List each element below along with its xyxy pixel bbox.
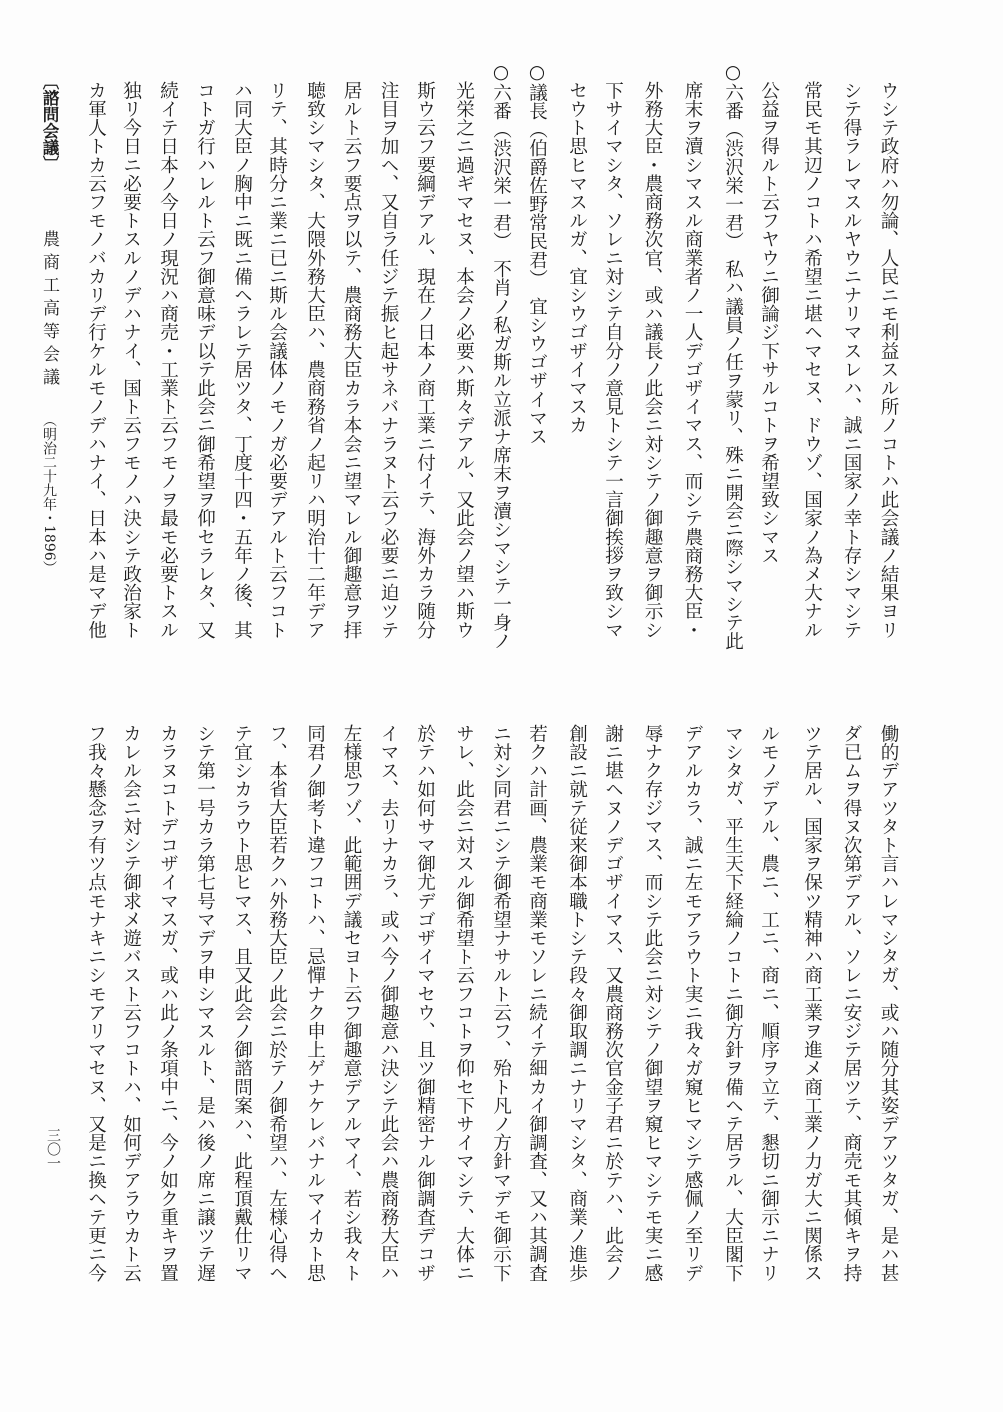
text-column: 於テハ如何サマ御尤デゴザイマセウ、且ツ御精密ナル御調査デコザ (407, 724, 444, 1282)
text-column: 注目ヲ加ヘ、又自ラ任ジテ振ヒ起サネバナラヌト云フ必要ニ迫ツテ (370, 81, 407, 639)
running-header-title: 農商工高等会議 (39, 230, 59, 391)
text-column: シテ得ラレマスルヤウニナリマスレハ、誠ニ国家ノ幸ト存シマシテ (833, 81, 870, 639)
text-column: 居ルト云フ要点ヲ以テ、農商務大臣カラ本会ニ望マレル御趣意ヲ拝 (333, 81, 370, 639)
text-column: カ軍人トカ云フモノバカリデ行ケルモノデハナイ、日本ハ是マデ他 (78, 81, 115, 639)
text-column: 独リ今日ニ必要トスルノデハナイ、国ト云フモノハ決シテ政治家ト (113, 81, 150, 639)
speaker-line: ○議長（伯爵佐野常民君） 宜シウゴザイマス (519, 81, 556, 446)
running-header-section: 〔諮問会議〕 (39, 73, 59, 172)
text-column: 外務大臣・農商務次官、或ハ議長ノ此会ニ対シテノ御趣意ヲ御示シ (634, 81, 671, 639)
speaker-line: ○六番（渋沢栄一君） 不肖ノ私ガ斯ル立派ナ席末ヲ瀆シマシテ一身ノ (483, 81, 520, 651)
text-column: マシタガ、平生天下経綸ノコトニ御方針ヲ備ヘテ居ラル、大臣閣下 (715, 724, 752, 1282)
text-column: フ我々懸念ヲ有ツ点モナキニシモアリマセヌ、又是ニ換ヘテ更ニ今 (78, 724, 115, 1282)
text-column: セウト思ヒマスルガ、宜シウゴザイマスカ (559, 81, 596, 434)
text-column: 公益ヲ得ルト云フヤウニ御論ジ下サルコトヲ希望致シマス (751, 81, 788, 565)
text-column: フ、本省大臣若クハ外務大臣ノ此会ニ於テノ御希望ハ、左様心得ヘ (259, 724, 296, 1282)
text-column: 謝ニ堪ヘヌノデゴザイマス、又農商務次官金子君ニ於テハ、此会ノ (595, 724, 632, 1282)
page-number: 三〇一 (45, 1128, 61, 1170)
text-column: カラヌコトデコザイマスガ、或ハ此ノ条項中ニ、今ノ如ク重キヲ置 (150, 724, 187, 1282)
document-page: 〔諮問会議〕 農商工高等会議 （明治二十九年・1896） ウシテ政府ハ勿論、人民… (0, 0, 1003, 1412)
text-column: 聴致シマシタ、大隈外務大臣ハ、農商務省ノ起リハ明治十二年デア (297, 81, 334, 639)
text-column: 働的デアツタト言ハレマシタガ、或ハ随分其姿デアツタガ、是ハ甚 (870, 724, 907, 1282)
text-column: 同君ノ御考ト違フコトハ、忌憚ナク申上ゲナケレバナルマイカト思 (297, 724, 334, 1282)
text-column: 左様思フゾ、此範囲デ議セヨト云フ御趣意デアルマイ、若シ我々ト (333, 724, 370, 1282)
text-column: イマス、去リナカラ、或ハ今ノ御趣意ハ決シテ此会ハ農商務大臣ハ (370, 724, 407, 1282)
text-column: ダ已ムヲ得ヌ次第デアル、ソレニ安ジテ居ツテ、商売モ其傾キヲ持 (833, 724, 870, 1282)
text-column: 続イテ日本ノ今日ノ現況ハ商売・工業ト云フモノヲ最モ必要トスル (150, 81, 187, 639)
text-column: カレル会ニ対シテ御求メ遊バスト云フコトハ、如何デアラウカト云 (113, 724, 150, 1282)
text-column: 下サイマシタ、ソレニ対シテ自分ノ意見トシテ一言御挨拶ヲ致シマ (595, 81, 632, 639)
text-column: 常民モ其辺ノコトハ希望ニ堪ヘマセヌ、ドウゾ、国家ノ為メ大ナル (794, 81, 831, 639)
text-column: 光栄之ニ過ギマセヌ、本会ノ必要ハ斯々デアル、又此会ノ望ハ斯ウ (446, 81, 483, 639)
text-column: ハ同大臣ノ胸中ニ既ニ備ヘラレテ居ツタ、丁度十四・五年ノ後、其 (224, 81, 261, 639)
text-column: 若クハ計画、農業モ商業モソレニ続イテ細カイ御調査、又ハ其調査 (519, 724, 556, 1282)
text-column: 席末ヲ瀆シマスル商業者ノ一人デゴザイマス、而シテ農商務大臣・ (674, 81, 711, 639)
text-column: ルモノデアル、農ニ、工ニ、商ニ、順序ヲ立テ、懇切ニ御示ニナリ (751, 724, 788, 1282)
speaker-line: ○六番（渋沢栄一君） 私ハ議員ノ任ヲ蒙リ、殊ニ開会ニ際シマシテ此 (715, 81, 752, 651)
text-column: コトガ行ハレルト云フ御意味デ以テ此会ニ御希望ヲ仰セラレタ、又 (187, 81, 224, 639)
text-column: デアルカラ、誠ニ左モアラウト実ニ我々ガ窺ヒマシテ感佩ノ至リデ (674, 724, 711, 1282)
text-column: ツテ居ル、国家ヲ保ツ精神ハ商工業ヲ進メ商工業ノ力ガ大ニ関係ス (794, 724, 831, 1282)
text-column: 辱ナク存ジマス、而シテ此会ニ対シテノ御望ヲ窺ヒマシテモ実ニ感 (634, 724, 671, 1282)
text-column: 創設ニ就テ従来御本職トシテ段々御取調ニナリマシタ、商業ノ進歩 (559, 724, 596, 1282)
text-column: 斯ウ云フ要綱デアル、現在ノ日本ノ商工業ニ付イテ、海外カラ随分 (407, 81, 444, 639)
running-header-date: （明治二十九年・1896） (41, 413, 57, 575)
text-column: リテ、其時分ニ業ニ已ニ斯ル会議体ノモノガ必要デアルト云フコト (259, 81, 296, 639)
text-column: シテ第一号カラ第七号マデヲ申シマスルト、是ハ後ノ席ニ譲ツテ遅 (187, 724, 224, 1282)
text-column: テ宜シカラウト思ヒマス、且又此会ノ御諮問案ハ、此程頂戴仕リマ (224, 724, 261, 1282)
text-column: サレ、此会ニ対スル御希望ト云フコトヲ仰セ下サイマシテ、大体ニ (446, 724, 483, 1282)
text-column: ニ対シ同君ニシテ御希望ナサルト云フ、殆ト凡ノ方針マデモ御示下 (483, 724, 520, 1282)
text-column: ウシテ政府ハ勿論、人民ニモ利益スル所ノコトハ此会議ノ結果ヨリ (870, 81, 907, 639)
